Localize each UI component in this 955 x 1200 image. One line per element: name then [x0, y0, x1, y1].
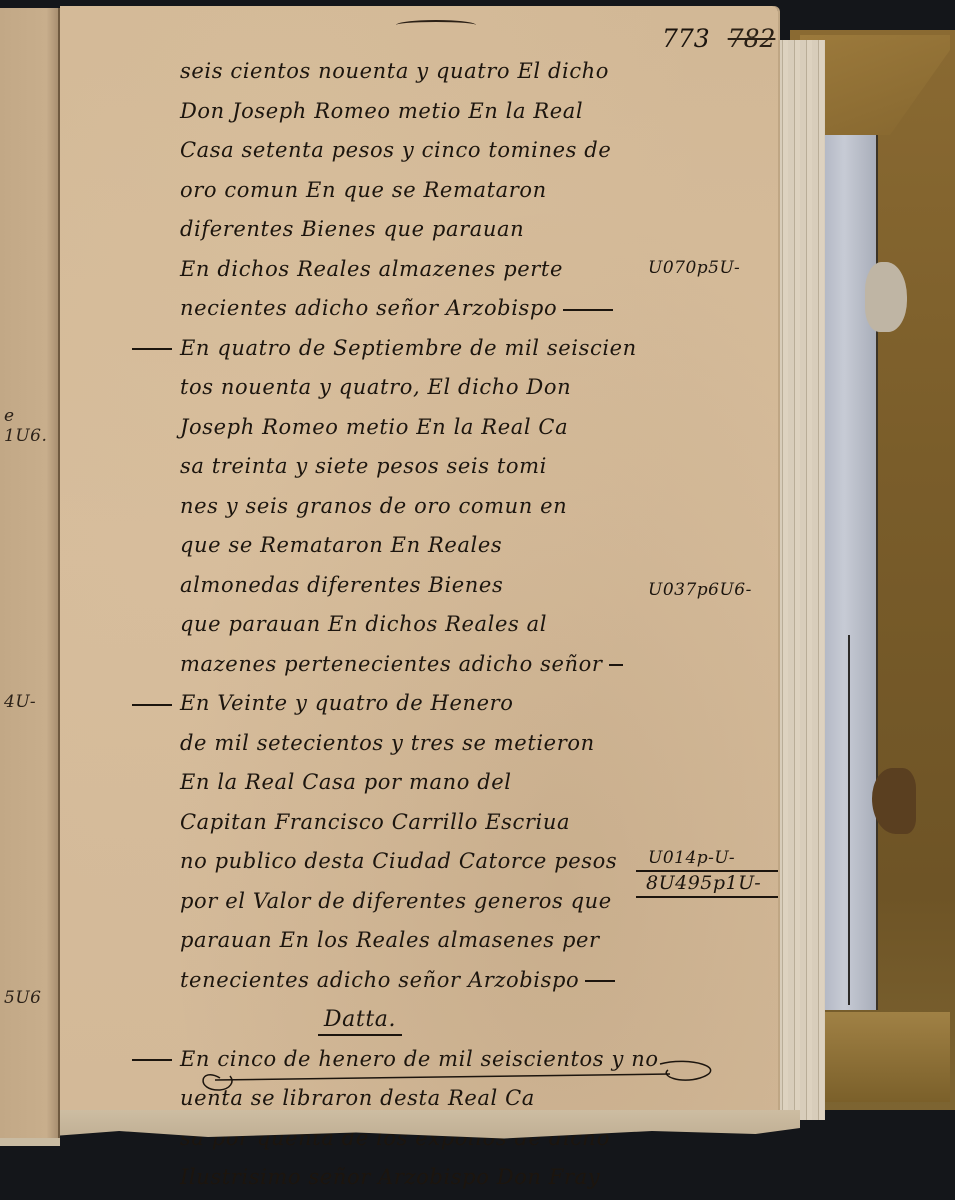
text-line: En la Real Casa por mano del	[180, 763, 660, 803]
line-filler	[609, 664, 623, 666]
text-line: Ilustrisimo señor Arzobispo Don Fray	[180, 1158, 660, 1198]
line-filler	[563, 309, 613, 311]
text-line: por el Valor de diferentes generos que	[180, 882, 660, 922]
margin-note: e 1U6.	[4, 406, 58, 446]
text-line: de mil setecientos y tres se metieron	[180, 724, 660, 764]
text-line: Don Joseph Romeo metio En la Real	[180, 92, 660, 132]
folio-struck: 782	[728, 24, 776, 53]
running-total: 8U495p1U-	[636, 872, 778, 898]
left-facing-page: e 1U6. 4U- 5U6	[0, 8, 60, 1138]
grey-binding-strip	[818, 135, 878, 1010]
datta-heading: Datta.	[318, 1007, 402, 1036]
entry-dash	[132, 704, 172, 706]
text-line: seis cientos nouenta y quatro El dicho	[180, 52, 660, 92]
stacked-page-edges	[775, 40, 825, 1120]
text-line-content: En quatro de Septiembre de mil seiscien	[180, 336, 637, 360]
manuscript-page: 773 782 seis cientos nouenta y quatro El…	[60, 6, 778, 1110]
entry-dash	[132, 1059, 172, 1061]
amount-entry-3: U014p-U-	[636, 848, 778, 872]
text-line: parauan En los Reales almasenes per	[180, 921, 660, 961]
text-line: En dichos Reales almazenes perte	[180, 250, 660, 290]
text-line: En quatro de Septiembre de mil seiscien	[180, 329, 660, 369]
text-line: tenecientes adicho señor Arzobispo	[180, 961, 660, 1001]
text-line-content: necientes adicho señor Arzobispo	[180, 296, 557, 320]
text-line-content: mazenes pertenecientes adicho señor	[180, 652, 603, 676]
entry-dash	[132, 348, 172, 350]
text-line: oro comun En que se Remataron	[180, 171, 660, 211]
amount-entry-1: U070p5U-	[648, 258, 740, 278]
text-line: tos nouenta y quatro, El dicho Don	[180, 368, 660, 408]
text-line: almonedas diferentes Bienes	[180, 566, 660, 606]
text-line: En Veinte y quatro de Henero	[180, 684, 660, 724]
text-line: no publico desta Ciudad Catorce pesos	[180, 842, 660, 882]
margin-note: 4U-	[4, 692, 36, 712]
folio-current: 773	[662, 24, 710, 53]
text-line: Capitan Francisco Carrillo Escriua	[180, 803, 660, 843]
text-line: mazenes pertenecientes adicho señor	[180, 645, 660, 685]
text-line: diferentes Bienes que parauan	[180, 210, 660, 250]
manuscript-text: seis cientos nouenta y quatro El dicho D…	[180, 52, 660, 1198]
text-line: que parauan En dichos Reales al	[180, 605, 660, 645]
text-line: que se Remataron En Reales	[180, 526, 660, 566]
text-line: sa treinta y siete pesos seis tomi	[180, 447, 660, 487]
margin-note: 5U6	[4, 988, 41, 1008]
section-heading: Datta.	[180, 1000, 660, 1040]
amount-entry-2: U037p6U6-	[648, 580, 752, 600]
closing-flourish-icon	[190, 1056, 730, 1096]
text-line: necientes adicho señor Arzobispo	[180, 289, 660, 329]
text-line: Joseph Romeo metio En la Real Ca	[180, 408, 660, 448]
left-page-edge	[0, 1138, 60, 1146]
text-line-content: tenecientes adicho señor Arzobispo	[180, 968, 579, 992]
text-line: nes y seis granos de oro comun en	[180, 487, 660, 527]
top-flourish	[396, 20, 476, 30]
text-line-content: En Veinte y quatro de Henero	[180, 691, 514, 715]
line-filler	[585, 980, 615, 982]
dark-stain	[872, 768, 916, 834]
paper-fragment	[865, 262, 907, 332]
text-line: Casa setenta pesos y cinco tomines de	[180, 131, 660, 171]
folio-number: 773 782	[662, 24, 775, 53]
